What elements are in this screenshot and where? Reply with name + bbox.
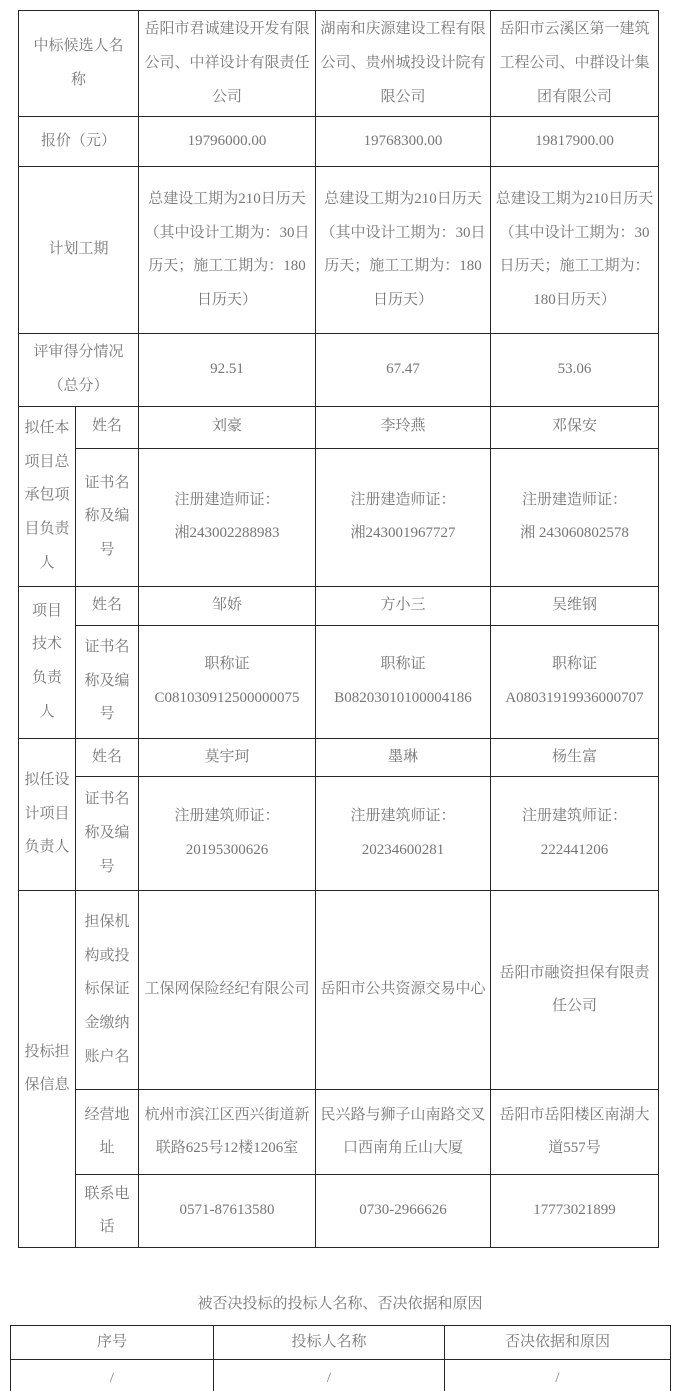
candidate-3-gc-leader-cert: 注册建造师证： 湘 243060802578 <box>491 448 659 586</box>
candidate-3-duration: 总建设工期为210日历天（其中设计工期为：30日历天；施工工期为：180日历天） <box>491 167 659 334</box>
table-row: 证书名 称及编 号 职称证 C081030912500000075 职称证 B0… <box>19 625 659 738</box>
bid-winner-candidates-table: 中标候选人名 称 岳阳市君诚建设开发有限公司、中祥设计有限责任公司 湖南和庆源建… <box>18 10 659 1248</box>
group-label-design-leader: 拟任设 计项目 负责人 <box>19 738 76 891</box>
row-label-business-address: 经营地 址 <box>76 1090 139 1175</box>
candidate-1-duration: 总建设工期为210日历天（其中设计工期为：30日历天；施工工期为：180日历天） <box>139 167 316 334</box>
candidate-1-gc-leader-name: 刘豪 <box>139 406 316 448</box>
row-label-bid-price: 报价（元） <box>19 117 139 167</box>
candidate-2-guarantee-account: 岳阳市公共资源交易中心 <box>316 891 491 1090</box>
table-row: 中标候选人名 称 岳阳市君诚建设开发有限公司、中祥设计有限责任公司 湖南和庆源建… <box>19 11 659 117</box>
rejected-cell-bidder-name: / <box>214 1360 445 1391</box>
row-label-name: 姓名 <box>76 738 139 777</box>
group-label-technical-leader: 项目 技术 负责 人 <box>19 586 76 738</box>
table-row: 经营地 址 杭州市滨江区西兴街道新联路625号12楼1206室 民兴路与狮子山南… <box>19 1090 659 1175</box>
candidate-2-guarantee-phone: 0730-2966626 <box>316 1175 491 1248</box>
candidate-1-design-leader-name: 莫宇珂 <box>139 738 316 777</box>
candidate-3-name: 岳阳市云溪区第一建筑工程公司、中群设计集团有限公司 <box>491 11 659 117</box>
table-row: 联系电 话 0571-87613580 0730-2966626 1777302… <box>19 1175 659 1248</box>
group-label-general-contract-leader: 拟任本 项目总 承包项 目负责 人 <box>19 406 76 586</box>
table-row: 拟任本 项目总 承包项 目负责 人 姓名 刘豪 李玲燕 邓保安 <box>19 406 659 448</box>
candidate-2-duration: 总建设工期为210日历天（其中设计工期为：30日历天；施工工期为：180日历天） <box>316 167 491 334</box>
rejected-bidders-table: 序号 投标人名称 否决依据和原因 / / / <box>10 1325 671 1391</box>
candidate-1-gc-leader-cert: 注册建造师证： 湘243002288983 <box>139 448 316 586</box>
candidate-2-name: 湖南和庆源建设工程有限公司、贵州城投设计院有限公司 <box>316 11 491 117</box>
candidate-2-gc-leader-name: 李玲燕 <box>316 406 491 448</box>
table-row: 计划工期 总建设工期为210日历天（其中设计工期为：30日历天；施工工期为：18… <box>19 167 659 334</box>
candidate-3-score: 53.06 <box>491 334 659 407</box>
rejected-header-serial-number: 序号 <box>11 1326 214 1360</box>
candidate-2-gc-leader-cert: 注册建造师证： 湘243001967727 <box>316 448 491 586</box>
row-label-planned-duration: 计划工期 <box>19 167 139 334</box>
rejected-header-reason: 否决依据和原因 <box>445 1326 671 1360</box>
candidate-2-tech-leader-name: 方小三 <box>316 586 491 625</box>
table-row: 拟任设 计项目 负责人 姓名 莫宇珂 墨琳 杨生富 <box>19 738 659 777</box>
candidate-1-tech-leader-cert: 职称证 C081030912500000075 <box>139 625 316 738</box>
rejected-cell-serial-number: / <box>11 1360 214 1391</box>
candidate-2-design-leader-name: 墨琳 <box>316 738 491 777</box>
row-label-certificate: 证书名 称及编 号 <box>76 777 139 891</box>
candidate-2-score: 67.47 <box>316 334 491 407</box>
candidate-1-score: 92.51 <box>139 334 316 407</box>
table-row: / / / <box>11 1360 671 1391</box>
candidate-3-tech-leader-name: 吴维钢 <box>491 586 659 625</box>
candidate-2-price: 19768300.00 <box>316 117 491 167</box>
row-label-certificate: 证书名 称及编 号 <box>76 448 139 586</box>
candidate-3-design-leader-cert: 注册建筑师证： 222441206 <box>491 777 659 891</box>
table-row: 投标担 保信息 担保机 构或投 标保证 金缴纳 账户名 工保网保险经纪有限公司 … <box>19 891 659 1090</box>
row-label-name: 姓名 <box>76 406 139 448</box>
table-row: 报价（元） 19796000.00 19768300.00 19817900.0… <box>19 117 659 167</box>
candidate-2-design-leader-cert: 注册建筑师证： 20234600281 <box>316 777 491 891</box>
candidate-3-design-leader-name: 杨生富 <box>491 738 659 777</box>
table-header-row: 序号 投标人名称 否决依据和原因 <box>11 1326 671 1360</box>
candidate-3-guarantee-address: 岳阳市岳阳楼区南湖大道557号 <box>491 1090 659 1175</box>
table-row: 证书名 称及编 号 注册建造师证： 湘243002288983 注册建造师证： … <box>19 448 659 586</box>
row-label-candidate-names: 中标候选人名 称 <box>19 11 139 117</box>
candidate-1-guarantee-account: 工保网保险经纪有限公司 <box>139 891 316 1090</box>
candidate-1-design-leader-cert: 注册建筑师证： 20195300626 <box>139 777 316 891</box>
table-row: 证书名 称及编 号 注册建筑师证： 20195300626 注册建筑师证： 20… <box>19 777 659 891</box>
row-label-name: 姓名 <box>76 586 139 625</box>
candidate-1-price: 19796000.00 <box>139 117 316 167</box>
candidate-1-name: 岳阳市君诚建设开发有限公司、中祥设计有限责任公司 <box>139 11 316 117</box>
rejected-cell-reason: / <box>445 1360 671 1391</box>
candidate-3-guarantee-phone: 17773021899 <box>491 1175 659 1248</box>
row-label-certificate: 证书名 称及编 号 <box>76 625 139 738</box>
rejected-header-bidder-name: 投标人名称 <box>214 1326 445 1360</box>
table-row: 评审得分情况 （总分） 92.51 67.47 53.06 <box>19 334 659 407</box>
candidate-1-guarantee-address: 杭州市滨江区西兴街道新联路625号12楼1206室 <box>139 1090 316 1175</box>
candidate-3-gc-leader-name: 邓保安 <box>491 406 659 448</box>
candidate-2-guarantee-address: 民兴路与狮子山南路交叉口西南角丘山大厦 <box>316 1090 491 1175</box>
candidate-3-guarantee-account: 岳阳市融资担保有限责任公司 <box>491 891 659 1090</box>
rejected-bidders-title: 被否决投标的投标人名称、否决依据和原因 <box>0 1292 680 1313</box>
candidate-2-tech-leader-cert: 职称证 B08203010100004186 <box>316 625 491 738</box>
table-row: 项目 技术 负责 人 姓名 邹娇 方小三 吴维钢 <box>19 586 659 625</box>
candidate-3-tech-leader-cert: 职称证 A08031919936000707 <box>491 625 659 738</box>
row-label-evaluation-score: 评审得分情况 （总分） <box>19 334 139 407</box>
row-label-guarantee-account: 担保机 构或投 标保证 金缴纳 账户名 <box>76 891 139 1090</box>
candidate-3-price: 19817900.00 <box>491 117 659 167</box>
row-label-contact-phone: 联系电 话 <box>76 1175 139 1248</box>
candidate-1-guarantee-phone: 0571-87613580 <box>139 1175 316 1248</box>
candidate-1-tech-leader-name: 邹娇 <box>139 586 316 625</box>
group-label-bid-guarantee-info: 投标担 保信息 <box>19 891 76 1248</box>
